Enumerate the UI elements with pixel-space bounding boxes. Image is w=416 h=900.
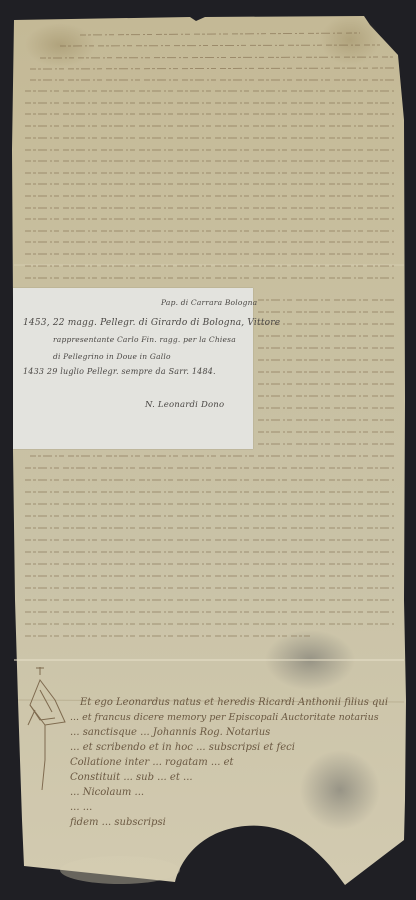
- closing-line-9: fidem ... subscripsi: [70, 817, 166, 828]
- closing-line-1: Et ego Leonardus natus et heredis Ricard…: [80, 697, 388, 708]
- closing-line-8: ... ...: [70, 802, 92, 813]
- closing-line-6: Constituit ... sub ... et ...: [70, 772, 193, 783]
- label-header: Pap. di Carrara Bologna: [161, 298, 257, 307]
- label-line-4: 1433 29 luglio Pellegr. sempre da Sarr. …: [23, 367, 216, 376]
- closing-line-3: ... sanctisque ... Johannis Rog. Notariu…: [70, 727, 270, 738]
- label-signature: N. Leonardi Dono: [145, 400, 224, 410]
- archival-label: Pap. di Carrara Bologna 1453, 22 magg. P…: [13, 288, 253, 449]
- closing-line-4: ... et scribendo et in hoc ... subscrips…: [70, 742, 295, 753]
- closing-line-5: Collatione inter ... rogatam ... et: [70, 757, 234, 768]
- document-image: Et ego Leonardus natus et heredis Ricard…: [0, 0, 416, 900]
- label-line-3: di Pellegrino in Doue in Gallo: [53, 352, 171, 361]
- closing-line-2: ... et francus dicere memory per Episcop…: [70, 712, 379, 723]
- label-line-1: 1453, 22 magg. Pellegr. di Girardo di Bo…: [23, 318, 280, 328]
- closing-line-7: ... Nicolaum ...: [70, 787, 144, 798]
- label-line-2: rappresentante Carlo Fin. ragg. per la C…: [53, 335, 236, 344]
